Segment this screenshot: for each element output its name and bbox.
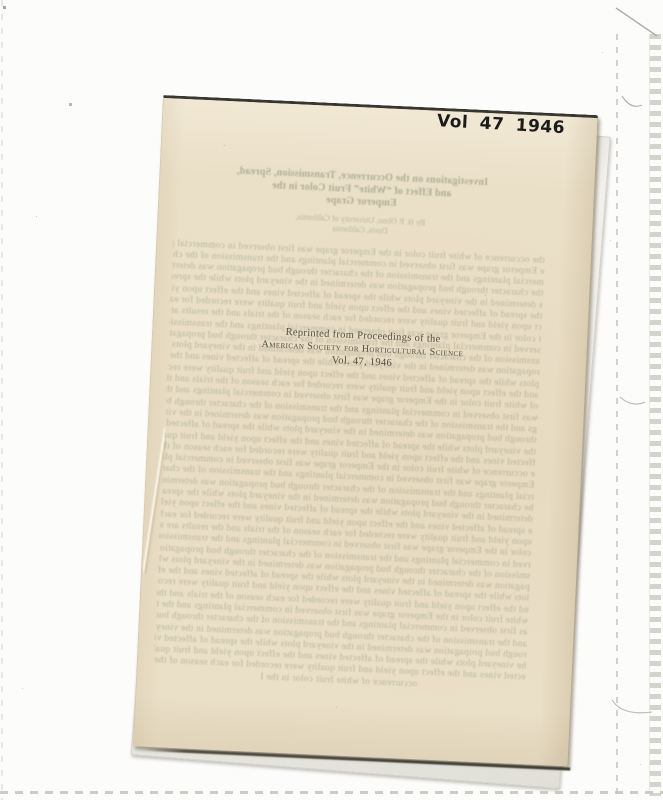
- ghost-title-line: and Effect of “White” Fruit Color in the: [176, 175, 548, 205]
- ghost-body-line: determined in the vineyard plots while t…: [161, 498, 533, 526]
- ghost-body: the occurrence of white fruit color in t…: [153, 238, 545, 695]
- scratch-mark: [620, 397, 645, 404]
- ghost-body-line: e Emperor grape was first observed in co…: [172, 249, 544, 277]
- sleeve-bottom-edge: [0, 791, 663, 794]
- ghost-body-line: the spread of affected vines and the eff…: [170, 295, 542, 323]
- ghost-body-line: Emperor grape was first observed in comm…: [162, 464, 534, 492]
- ghost-body-line: ected vines and the effect upon yield an…: [154, 656, 526, 684]
- ghost-byline: By H. P. Olmo, University of California,…: [174, 206, 547, 243]
- ghost-body-line: e occurrence of white fruit color in the…: [163, 453, 535, 481]
- ghost-body-line: smission of the character through bud pr…: [158, 554, 530, 582]
- ghost-body-line: was first observed in commercial plantin…: [166, 396, 538, 424]
- paper-crease: [135, 427, 173, 574]
- ghost-body-line: he character through bud propagation was…: [161, 486, 533, 514]
- ghost-body-line: and the transmission of the character th…: [155, 622, 527, 650]
- ghost-body-line: the vineyard plots while the spread of a…: [164, 430, 536, 458]
- ghost-body-line: he vineyard plots while the spread of af…: [154, 644, 526, 672]
- ghost-body-line: rough bud propagation was determined in …: [155, 633, 527, 661]
- scanned-page: Investigations on the Occurrence, Transm…: [0, 0, 663, 800]
- ghost-byline-line: Davis, California: [174, 216, 546, 243]
- dust-specks: [164, 98, 165, 99]
- ghost-byline-line: By H. P. Olmo, University of California,: [174, 206, 546, 233]
- reprint-notice: Reprinted from Proceedings of the Americ…: [152, 320, 573, 378]
- ghost-title: Investigations on the Occurrence, Transm…: [175, 163, 548, 218]
- ghost-body-line: nd the effect upon yield and fruit quali…: [157, 588, 529, 616]
- ghost-body-line: rcial plantings and the transmission of …: [162, 475, 534, 503]
- ghost-body-line: upon yield and fruit quality were record…: [160, 520, 532, 548]
- ghost-body-line: pagation was determined in the vineyard …: [158, 565, 530, 593]
- sleeve-perforation-strip: [649, 34, 661, 796]
- ghost-body-line: and the effect upon yield and fruit qual…: [167, 374, 539, 402]
- ghost-body-line: occurrence of white fruit color in the E…: [261, 672, 418, 691]
- showthrough-text: Investigations on the Occurrence, Transm…: [153, 163, 548, 696]
- sleeve-seam-line: [616, 34, 618, 794]
- ghost-body-line: lots while the spread of affected vines …: [157, 577, 529, 605]
- ghost-body-line: white fruit color in the Emperor grape w…: [156, 599, 528, 627]
- ghost-body-line: gs and the transmission of the character…: [165, 407, 537, 435]
- ghost-body-line: mercial plantings and the transmission o…: [172, 261, 544, 289]
- ghost-body-line: as first observed in commercial planting…: [156, 611, 528, 639]
- sleeve-corner-crease: [616, 8, 657, 36]
- scratch-mark: [612, 700, 652, 713]
- ghost-title-line: Emperor Grape: [175, 188, 547, 218]
- dust-specks: [0, 0, 1, 1]
- handwritten-volume-note: Vol 47 1946: [437, 111, 566, 138]
- ghost-body-line: the character through bud propagation wa…: [171, 272, 543, 300]
- ghost-body-line: the occurrence of white fruit color in t…: [173, 238, 545, 266]
- ghost-body-line: e spread of affected vines and the effec…: [160, 509, 532, 537]
- ghost-body-line: ffected vines and the effect upon yield …: [163, 441, 535, 469]
- ghost-body-line: color in the Emperor grape was first obs…: [159, 532, 531, 560]
- ghost-body-line: through bud propagation was determined i…: [165, 419, 537, 447]
- reprint-booklet-cover: Investigations on the Occurrence, Transm…: [133, 95, 599, 766]
- scratch-mark: [622, 96, 642, 106]
- ghost-title-line: Investigations on the Occurrence, Transm…: [176, 163, 548, 193]
- sleeve-left-edge: [1, 0, 3, 800]
- ghost-body-line: s determined in the vineyard plots while…: [171, 283, 543, 311]
- ghost-body-line: rved in commercial plantings and the tra…: [159, 543, 531, 571]
- ghost-body-line: of white fruit color in the Emperor grap…: [166, 385, 538, 413]
